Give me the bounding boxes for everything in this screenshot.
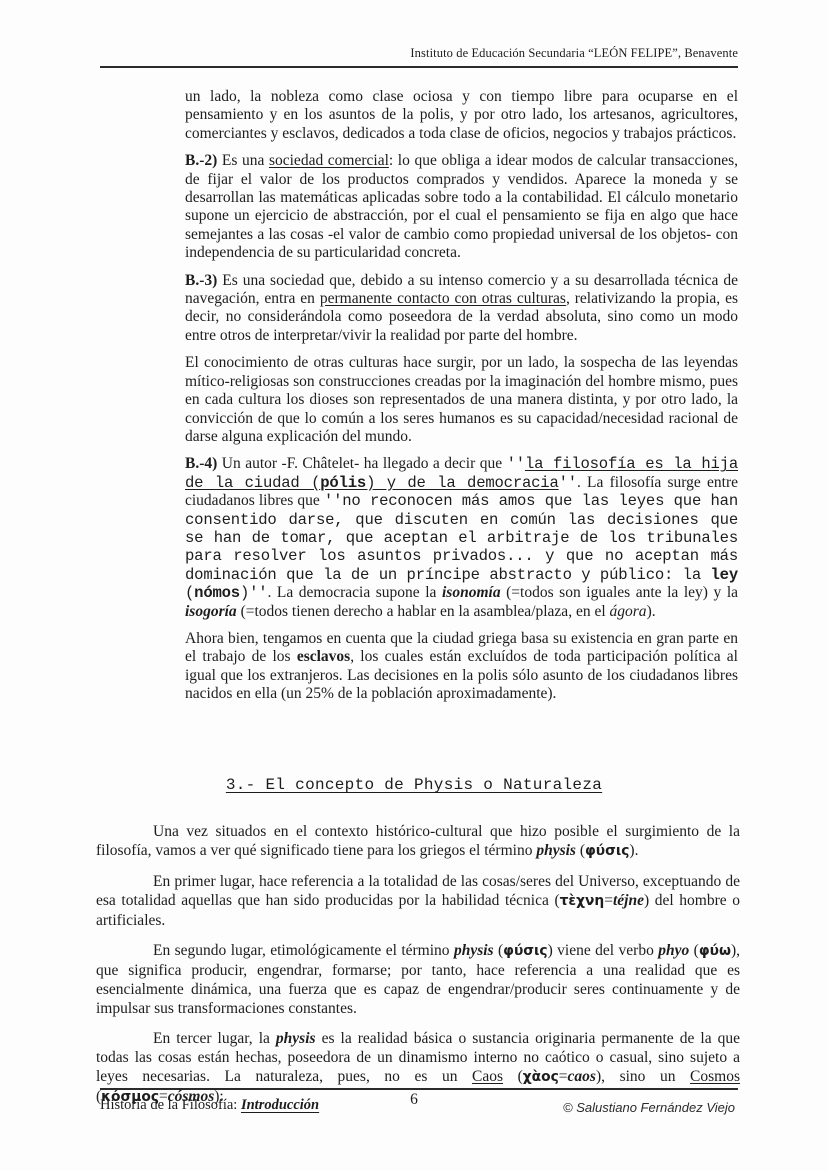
content-top-section: un lado, la nobleza como clase ociosa y … [185, 88, 738, 713]
content-bottom-section: Una vez situados en el contexto históric… [96, 822, 740, 1118]
paragraph-slaves: Ahora bien, tengamos en cuenta que la ci… [185, 630, 738, 704]
paragraph-first-meaning: En primer lugar, hace referencia a la to… [96, 872, 740, 930]
paragraph-b4: B.-4) Un autor -F. Châtelet- ha llegado … [185, 455, 738, 621]
header-rule [100, 66, 738, 68]
footer-rule [100, 1088, 738, 1090]
paragraph-b2: B.-2) Es una sociedad comercial: lo que … [185, 152, 738, 262]
footer-book-title: Historia de la Filosofía: Introducción [100, 1097, 319, 1114]
paragraph-b3: B.-3) Es una sociedad que, debido a su i… [185, 272, 738, 346]
header-institution: Instituto de Educación Secundaria “LEÓN … [410, 46, 738, 61]
section-heading-physis: 3.- El concepto de Physis o Naturaleza [0, 776, 828, 794]
paragraph-continuation: un lado, la nobleza como clase ociosa y … [185, 88, 738, 143]
paragraph-physis-intro: Una vez situados en el contexto históric… [96, 822, 740, 861]
footer-copyright: © Salustiano Fernández Viejo [563, 1100, 735, 1115]
paragraph-second-meaning: En segundo lugar, etimológicamente el té… [96, 941, 740, 1018]
paragraph-other-cultures: El conocimiento de otras culturas hace s… [185, 354, 738, 446]
document-page: Instituto de Educación Secundaria “LEÓN … [0, 0, 828, 1171]
